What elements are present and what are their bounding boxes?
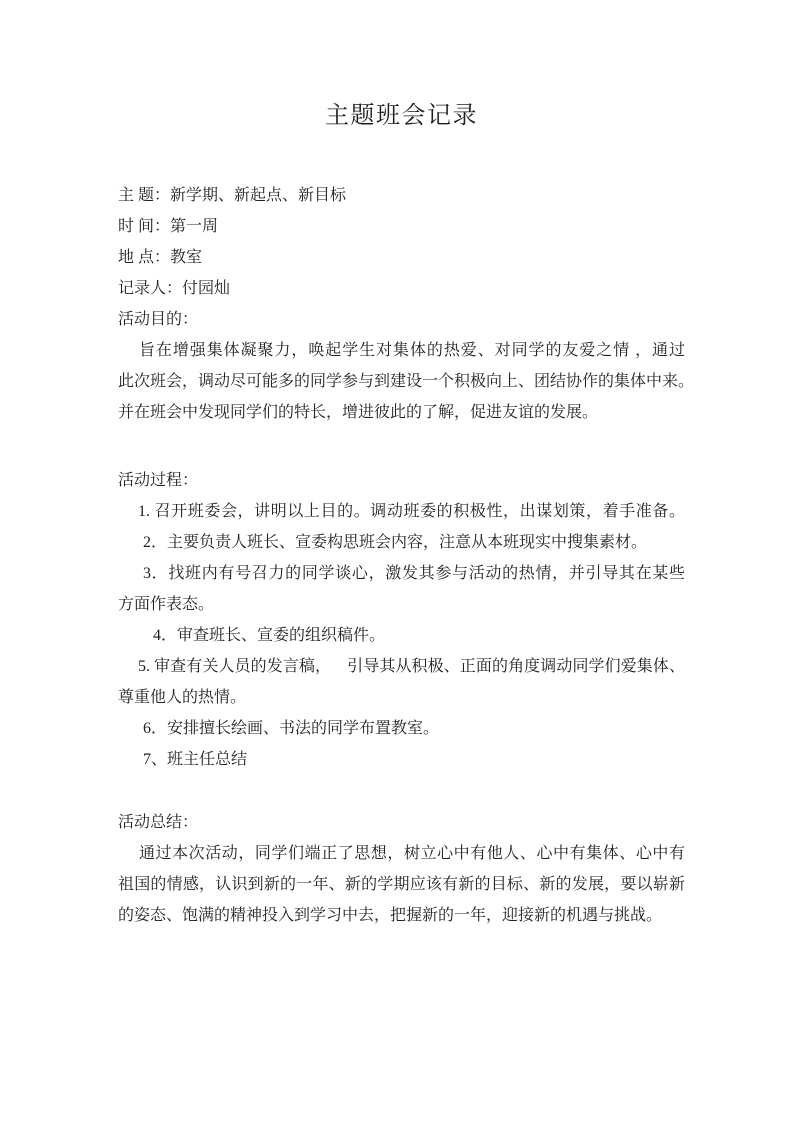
process-item-1: 1. 召开班委会，讲明以上目的。调动班委的积极性，出谋划策，着手准备。 [118,496,685,527]
process-item-5: 5. 审查有关人员的发言稿， 引导其从积极、正面的角度调动同学们爱集体、 [118,651,685,682]
document-title: 主题班会记录 [118,96,685,136]
meta-place: 地 点：教室 [118,242,685,273]
process-item-3: 3．找班内有号召力的同学谈心，激发其参与活动的热情，并引导其在某些 [118,558,685,589]
summary-line-2: 祖国的情感，认识到新的一年、新的学期应该有新的目标、新的发展，要以崭新 [118,869,685,900]
section-gap-1 [118,428,685,465]
document-body: 主 题：新学期、新起点、新目标时 间：第一周地 点：教室记录人：付园灿活动目的：… [118,180,685,931]
process-heading: 活动过程： [118,465,685,496]
process-item-7: 7、班主任总结 [118,744,685,775]
process-item-6: 6．安排擅长绘画、书法的同学布置教室。 [118,713,685,744]
process-item-3-cont: 方面作表态。 [118,589,685,620]
purpose-heading: 活动目的： [118,304,685,335]
meta-recorder: 记录人：付园灿 [118,273,685,304]
process-item-4: 4．审查班长、宣委的组织稿件。 [118,620,685,651]
section-gap-2 [118,775,685,807]
summary-heading: 活动总结： [118,807,685,838]
purpose-line-2: 此次班会，调动尽可能多的同学参与到建设一个积极向上、团结协作的集体中来。 [118,366,685,397]
summary-line-1: 通过本次活动，同学们端正了思想，树立心中有他人、心中有集体、心中有 [118,838,685,869]
process-item-5-cont: 尊重他人的热情。 [118,682,685,713]
purpose-line-1: 旨在增强集体凝聚力，唤起学生对集体的热爱、对同学的友爱之情 ，通过 [118,335,685,366]
document-page: 主题班会记录 主 题：新学期、新起点、新目标时 间：第一周地 点：教室记录人：付… [0,0,793,1122]
purpose-line-3: 并在班会中发现同学们的特长，增进彼此的了解，促进友谊的发展。 [118,397,685,428]
summary-line-3: 的姿态、饱满的精神投入到学习中去，把握新的一年，迎接新的机遇与挑战。 [118,900,685,931]
process-item-2: 2．主要负责人班长、宣委构思班会内容，注意从本班现实中搜集素材。 [118,527,685,558]
meta-time: 时 间：第一周 [118,211,685,242]
meta-subject: 主 题：新学期、新起点、新目标 [118,180,685,211]
